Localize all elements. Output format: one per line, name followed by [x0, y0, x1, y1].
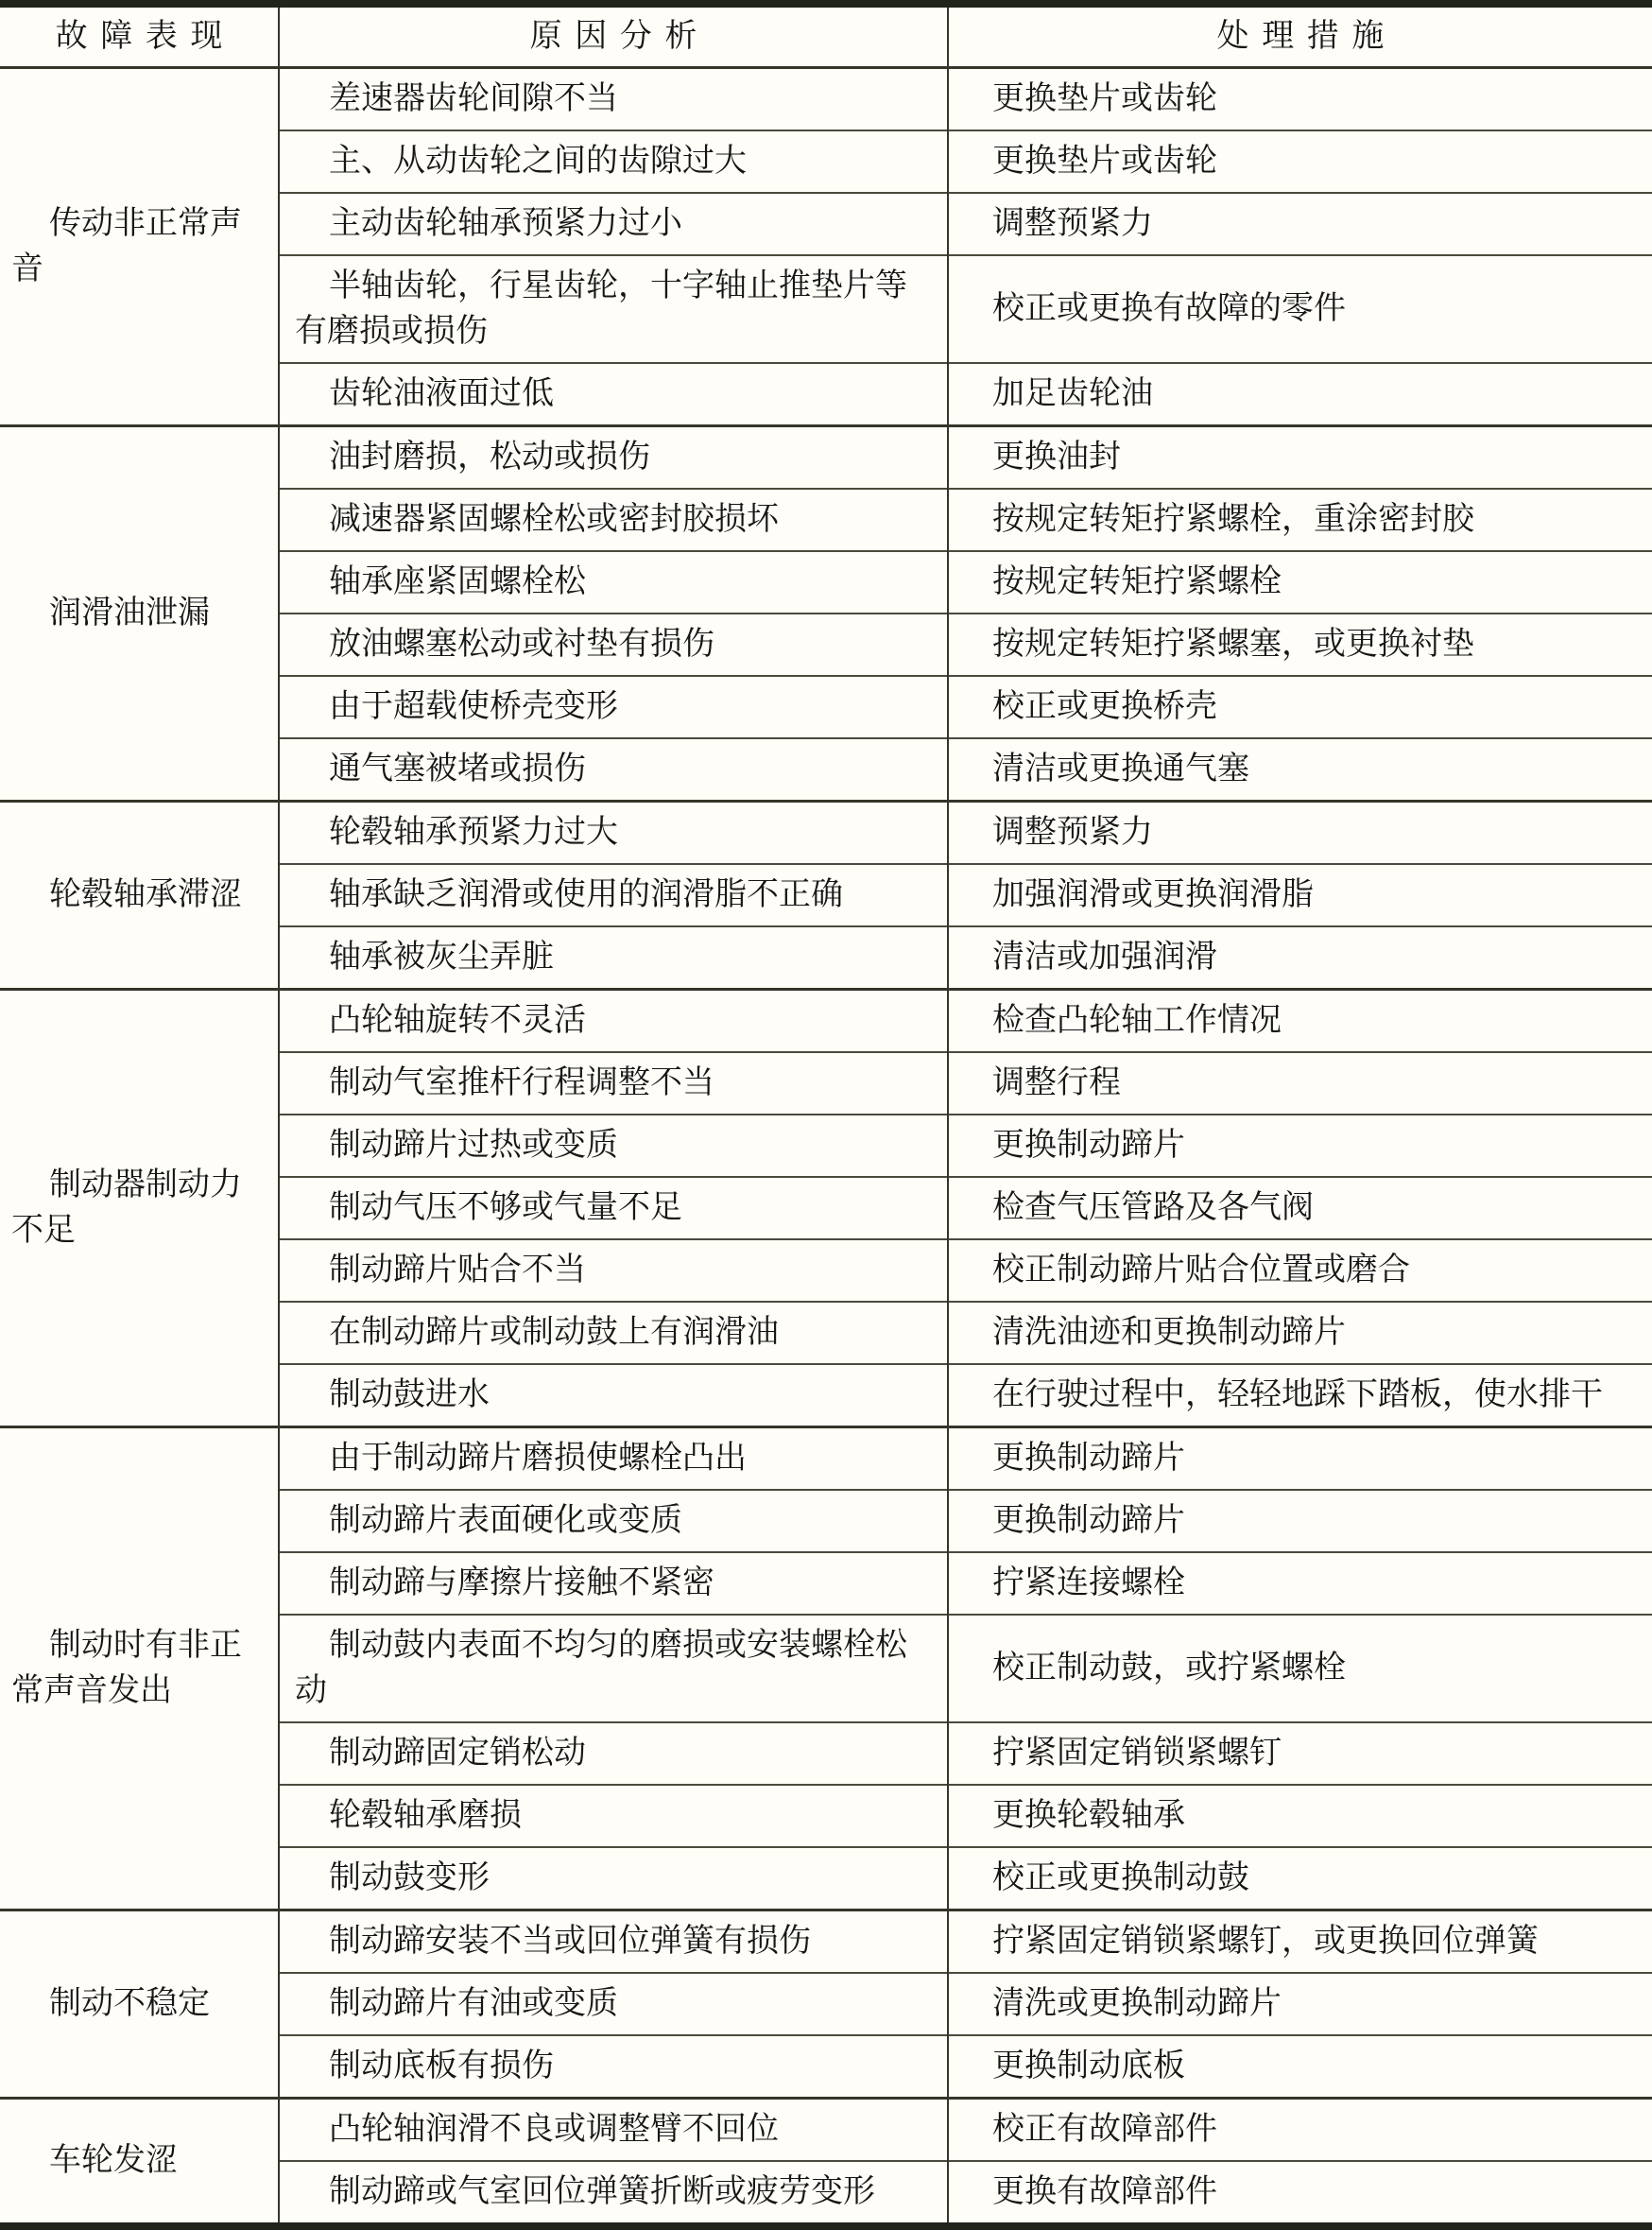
action-cell: 校正制动鼓，或拧紧螺栓	[948, 1615, 1652, 1722]
cause-cell: 通气塞被堵或损伤	[279, 738, 948, 802]
cause-cell: 轴承座紧固螺栓松	[279, 551, 948, 614]
action-cell: 校正有故障部件	[948, 2099, 1652, 2162]
cause-cell: 放油螺塞松动或衬垫有损伤	[279, 614, 948, 676]
symptom-cell: 传动非正常声音	[0, 68, 279, 426]
cause-cell: 制动蹄安装不当或回位弹簧有损伤	[279, 1910, 948, 1974]
action-cell: 拧紧固定销锁紧螺钉	[948, 1722, 1652, 1785]
cause-cell: 制动底板有损伤	[279, 2035, 948, 2099]
action-cell: 按规定转矩拧紧螺栓	[948, 551, 1652, 614]
action-cell: 更换制动蹄片	[948, 1115, 1652, 1177]
cause-cell: 制动蹄片有油或变质	[279, 1973, 948, 2035]
action-cell: 检查气压管路及各气阀	[948, 1177, 1652, 1239]
symptom-cell: 润滑油泄漏	[0, 426, 279, 802]
table-row: 车轮发涩凸轮轴润滑不良或调整臂不回位校正有故障部件	[0, 2099, 1652, 2162]
action-cell: 按规定转矩拧紧螺栓，重涂密封胶	[948, 489, 1652, 551]
cause-cell: 制动气室推杆行程调整不当	[279, 1052, 948, 1115]
cause-cell: 由于制动蹄片磨损使螺栓凸出	[279, 1427, 948, 1491]
action-cell: 拧紧连接螺栓	[948, 1552, 1652, 1615]
cause-cell: 减速器紧固螺栓松或密封胶损坏	[279, 489, 948, 551]
action-cell: 更换油封	[948, 426, 1652, 490]
action-cell: 更换垫片或齿轮	[948, 68, 1652, 131]
action-cell: 更换轮毂轴承	[948, 1785, 1652, 1847]
cause-cell: 制动鼓变形	[279, 1847, 948, 1910]
cause-cell: 差速器齿轮间隙不当	[279, 68, 948, 131]
header-cause: 原因分析	[279, 4, 948, 68]
cause-cell: 制动气压不够或气量不足	[279, 1177, 948, 1239]
cause-cell: 制动蹄或气室回位弹簧折断或疲劳变形	[279, 2161, 948, 2226]
action-cell: 更换有故障部件	[948, 2161, 1652, 2226]
action-cell: 更换制动蹄片	[948, 1490, 1652, 1552]
symptom-cell: 轮毂轴承滞涩	[0, 802, 279, 990]
cause-cell: 制动蹄固定销松动	[279, 1722, 948, 1785]
action-cell: 校正或更换桥壳	[948, 676, 1652, 738]
cause-cell: 主动齿轮轴承预紧力过小	[279, 193, 948, 255]
action-cell: 加强润滑或更换润滑脂	[948, 864, 1652, 926]
action-cell: 清洁或加强润滑	[948, 926, 1652, 990]
action-cell: 更换制动蹄片	[948, 1427, 1652, 1491]
action-cell: 校正或更换制动鼓	[948, 1847, 1652, 1910]
cause-cell: 在制动蹄片或制动鼓上有润滑油	[279, 1302, 948, 1364]
fault-diagnosis-table: 故障表现 原因分析 处理措施 传动非正常声音差速器齿轮间隙不当更换垫片或齿轮主、…	[0, 0, 1652, 2230]
cause-cell: 凸轮轴旋转不灵活	[279, 990, 948, 1053]
action-cell: 清洗油迹和更换制动蹄片	[948, 1302, 1652, 1364]
action-cell: 调整预紧力	[948, 802, 1652, 865]
action-cell: 校正制动蹄片贴合位置或磨合	[948, 1239, 1652, 1302]
table-row: 制动不稳定制动蹄安装不当或回位弹簧有损伤拧紧固定销锁紧螺钉，或更换回位弹簧	[0, 1910, 1652, 1974]
cause-cell: 主、从动齿轮之间的齿隙过大	[279, 130, 948, 193]
cause-cell: 制动蹄片贴合不当	[279, 1239, 948, 1302]
symptom-cell: 制动时有非正常声音发出	[0, 1427, 279, 1910]
action-cell: 拧紧固定销锁紧螺钉，或更换回位弹簧	[948, 1910, 1652, 1974]
cause-cell: 凸轮轴润滑不良或调整臂不回位	[279, 2099, 948, 2162]
cause-cell: 制动鼓内表面不均匀的磨损或安装螺栓松动	[279, 1615, 948, 1722]
cause-cell: 制动蹄与摩擦片接触不紧密	[279, 1552, 948, 1615]
symptom-cell: 制动器制动力不足	[0, 990, 279, 1427]
cause-cell: 制动蹄片表面硬化或变质	[279, 1490, 948, 1552]
action-cell: 在行驶过程中，轻轻地踩下踏板，使水排干	[948, 1364, 1652, 1427]
table-row: 轮毂轴承滞涩轮毂轴承预紧力过大调整预紧力	[0, 802, 1652, 865]
header-symptom: 故障表现	[0, 4, 279, 68]
cause-cell: 轮毂轴承预紧力过大	[279, 802, 948, 865]
action-cell: 清洁或更换通气塞	[948, 738, 1652, 802]
cause-cell: 半轴齿轮，行星齿轮，十字轴止推垫片等有磨损或损伤	[279, 255, 948, 363]
cause-cell: 轮毂轴承磨损	[279, 1785, 948, 1847]
cause-cell: 齿轮油液面过低	[279, 363, 948, 426]
table-row: 传动非正常声音差速器齿轮间隙不当更换垫片或齿轮	[0, 68, 1652, 131]
table-row: 制动器制动力不足凸轮轴旋转不灵活检查凸轮轴工作情况	[0, 990, 1652, 1053]
cause-cell: 制动鼓进水	[279, 1364, 948, 1427]
cause-cell: 轴承被灰尘弄脏	[279, 926, 948, 990]
table-body: 传动非正常声音差速器齿轮间隙不当更换垫片或齿轮主、从动齿轮之间的齿隙过大更换垫片…	[0, 68, 1652, 2227]
action-cell: 清洗或更换制动蹄片	[948, 1973, 1652, 2035]
action-cell: 调整预紧力	[948, 193, 1652, 255]
action-cell: 校正或更换有故障的零件	[948, 255, 1652, 363]
action-cell: 检查凸轮轴工作情况	[948, 990, 1652, 1053]
table-row: 制动时有非正常声音发出由于制动蹄片磨损使螺栓凸出更换制动蹄片	[0, 1427, 1652, 1491]
action-cell: 按规定转矩拧紧螺塞，或更换衬垫	[948, 614, 1652, 676]
header-row: 故障表现 原因分析 处理措施	[0, 4, 1652, 68]
header-action: 处理措施	[948, 4, 1652, 68]
action-cell: 加足齿轮油	[948, 363, 1652, 426]
symptom-cell: 车轮发涩	[0, 2099, 279, 2227]
cause-cell: 由于超载使桥壳变形	[279, 676, 948, 738]
action-cell: 调整行程	[948, 1052, 1652, 1115]
table-row: 润滑油泄漏油封磨损，松动或损伤更换油封	[0, 426, 1652, 490]
cause-cell: 轴承缺乏润滑或使用的润滑脂不正确	[279, 864, 948, 926]
cause-cell: 油封磨损，松动或损伤	[279, 426, 948, 490]
action-cell: 更换制动底板	[948, 2035, 1652, 2099]
cause-cell: 制动蹄片过热或变质	[279, 1115, 948, 1177]
action-cell: 更换垫片或齿轮	[948, 130, 1652, 193]
symptom-cell: 制动不稳定	[0, 1910, 279, 2099]
